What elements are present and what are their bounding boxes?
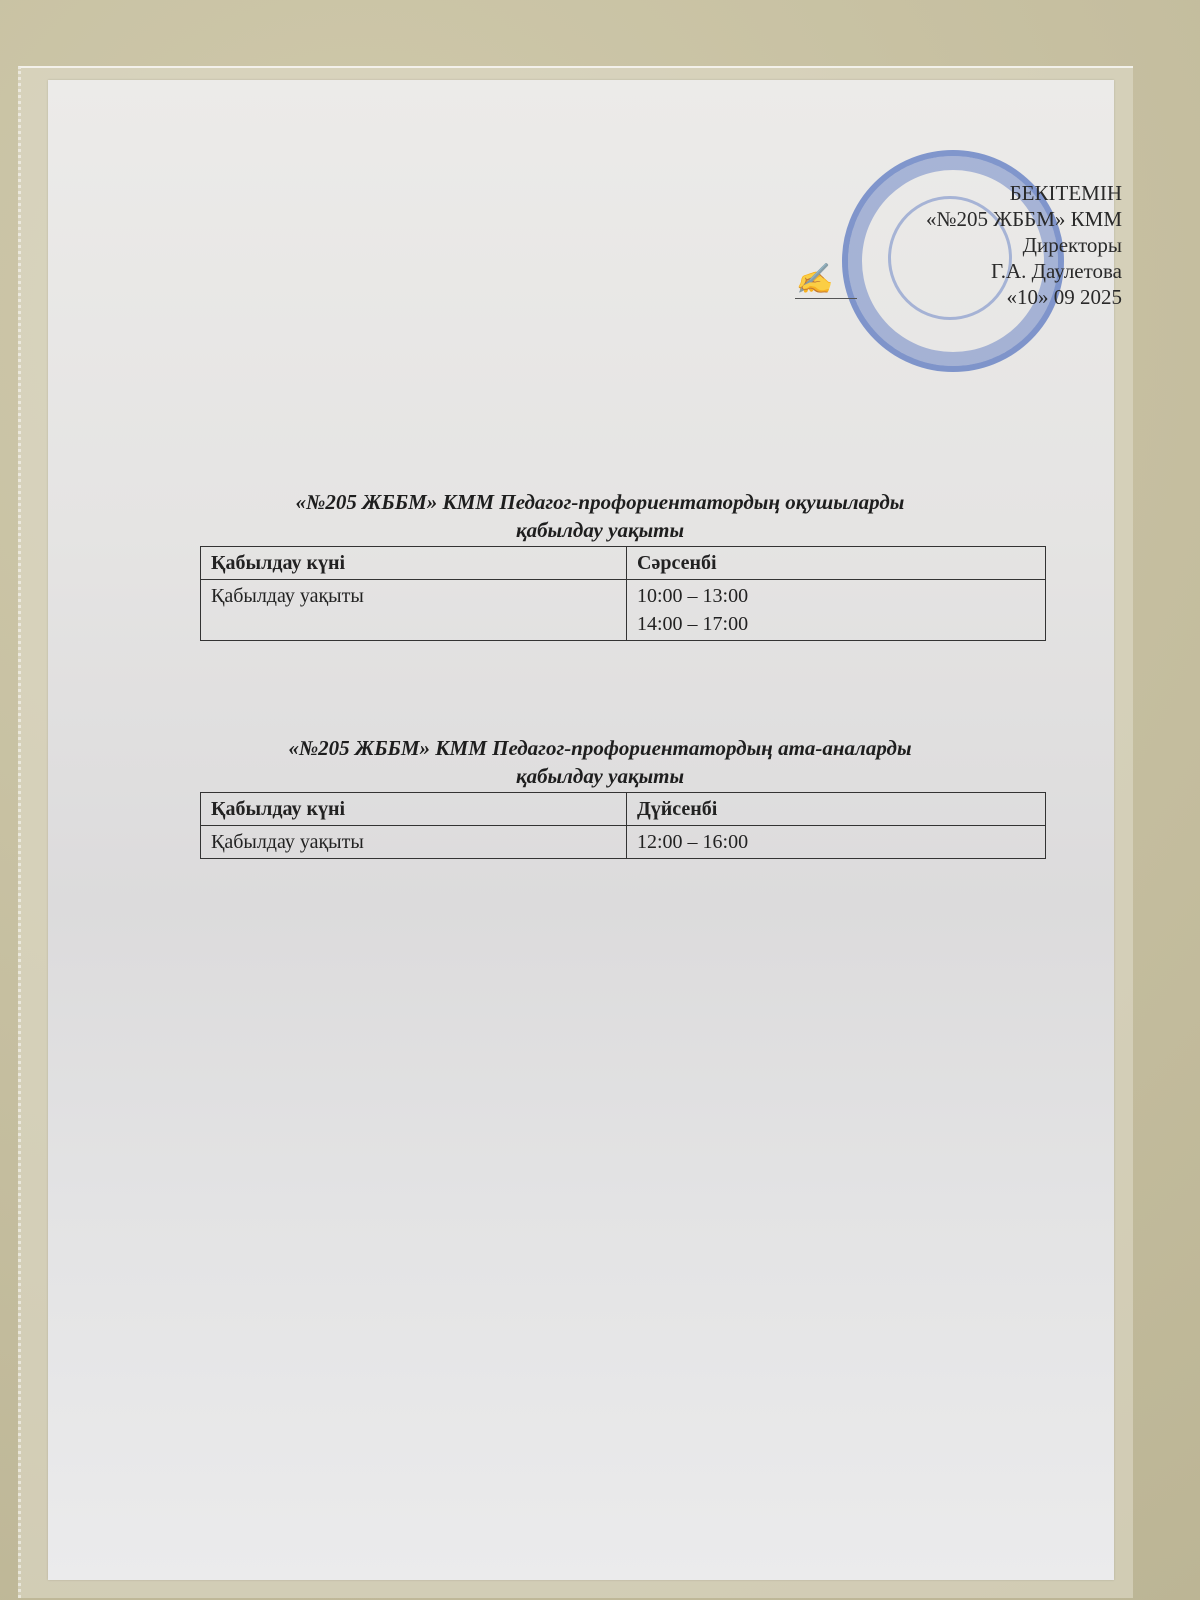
header-cell: Қабылдау күні — [201, 793, 627, 826]
row-label: Қабылдау уақыты — [201, 580, 627, 641]
header-cell: Қабылдау күні — [201, 547, 627, 580]
signature-icon: ✍ — [795, 262, 857, 299]
title-line: «№205 ЖББМ» КММ Педагог-профориентаторды… — [150, 734, 1050, 762]
header-cell: Сәрсенбі — [627, 547, 1046, 580]
title-line: «№205 ЖББМ» КММ Педагог-профориентаторды… — [150, 488, 1050, 516]
title-line: қабылдау уақыты — [150, 762, 1050, 790]
time-range: 14:00 – 17:00 — [637, 610, 1035, 638]
approval-date: «10» 09 2025 — [926, 284, 1122, 310]
students-schedule-title: «№205 ЖББМ» КММ Педагог-профориентаторды… — [150, 488, 1050, 544]
row-label: Қабылдау уақыты — [201, 826, 627, 859]
table-row: Қабылдау уақыты 10:00 – 13:00 14:00 – 17… — [201, 580, 1046, 641]
table-row: Қабылдау уақыты 12:00 – 16:00 — [201, 826, 1046, 859]
table-header-row: Қабылдау күні Сәрсенбі — [201, 547, 1046, 580]
approval-signatory: Г.А. Даулетова — [926, 258, 1122, 284]
parents-schedule-title: «№205 ЖББМ» КММ Педагог-профориентаторды… — [150, 734, 1050, 790]
parents-schedule-table: Қабылдау күні Дүйсенбі Қабылдау уақыты 1… — [200, 792, 1046, 859]
approval-block: БЕКІТЕМІН «№205 ЖББМ» КММ Директоры Г.А.… — [926, 180, 1122, 310]
row-value: 12:00 – 16:00 — [627, 826, 1046, 859]
table-header-row: Қабылдау күні Дүйсенбі — [201, 793, 1046, 826]
approval-organization: «№205 ЖББМ» КММ — [926, 206, 1122, 232]
row-value: 10:00 – 13:00 14:00 – 17:00 — [627, 580, 1046, 641]
title-line: қабылдау уақыты — [150, 516, 1050, 544]
time-range: 12:00 – 16:00 — [637, 828, 1035, 856]
approval-position: Директоры — [926, 232, 1122, 258]
header-cell: Дүйсенбі — [627, 793, 1046, 826]
students-schedule-table: Қабылдау күні Сәрсенбі Қабылдау уақыты 1… — [200, 546, 1046, 641]
time-range: 10:00 – 13:00 — [637, 582, 1035, 610]
approval-heading: БЕКІТЕМІН — [926, 180, 1122, 206]
